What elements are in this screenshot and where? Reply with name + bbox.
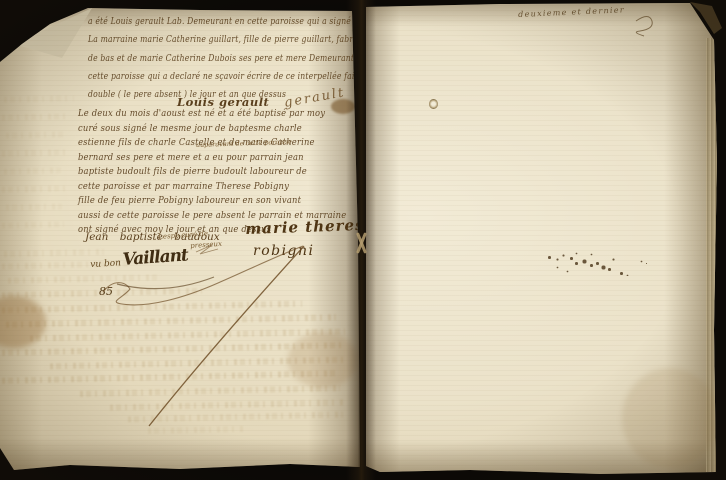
manuscript-line: curé sous signé le mesme jour de baptesm… (78, 122, 338, 137)
ink-stain (0, 296, 46, 348)
corner-annotation: deuxieme et dernier (518, 5, 625, 19)
page-stack-edge (706, 38, 718, 472)
approval-note: vu bon (90, 258, 121, 270)
manuscript-line: cette paroisse et par marraine Therese P… (78, 180, 338, 195)
ink-stain (288, 332, 358, 388)
manuscript-line: baptiste budoult fils de pierre budoult … (78, 165, 338, 180)
manuscript-line: bernard ses pere et mere et a eu pour pa… (78, 151, 338, 166)
signature-robigni: robigni (253, 243, 315, 259)
page-number-mark: 85 (99, 285, 113, 298)
worm-hole (429, 99, 438, 109)
ink-spatter (548, 256, 551, 259)
manuscript-line: Le deux du mois d'aoust est né et a été … (78, 107, 338, 122)
manuscript-line: de bas et de marie Catherine Dubois ses … (88, 50, 318, 68)
curate-note-2: presseux (190, 240, 222, 250)
manuscript-line: fille de feu pierre Pobigny laboureur en… (78, 194, 338, 209)
water-stain (622, 368, 718, 468)
manuscript-scan: a été Louis gerault Lab. Demeurant en ce… (0, 0, 726, 480)
signature-vaillant: Vaillant (122, 245, 188, 270)
manuscript-line: cette paroisse qui a declaré ne sçavoir … (88, 68, 318, 86)
manuscript-line: a été Louis gerault Lab. Demeurant en ce… (88, 13, 318, 31)
manuscript-line: La marraine marie Catherine guillart, fi… (88, 31, 318, 49)
